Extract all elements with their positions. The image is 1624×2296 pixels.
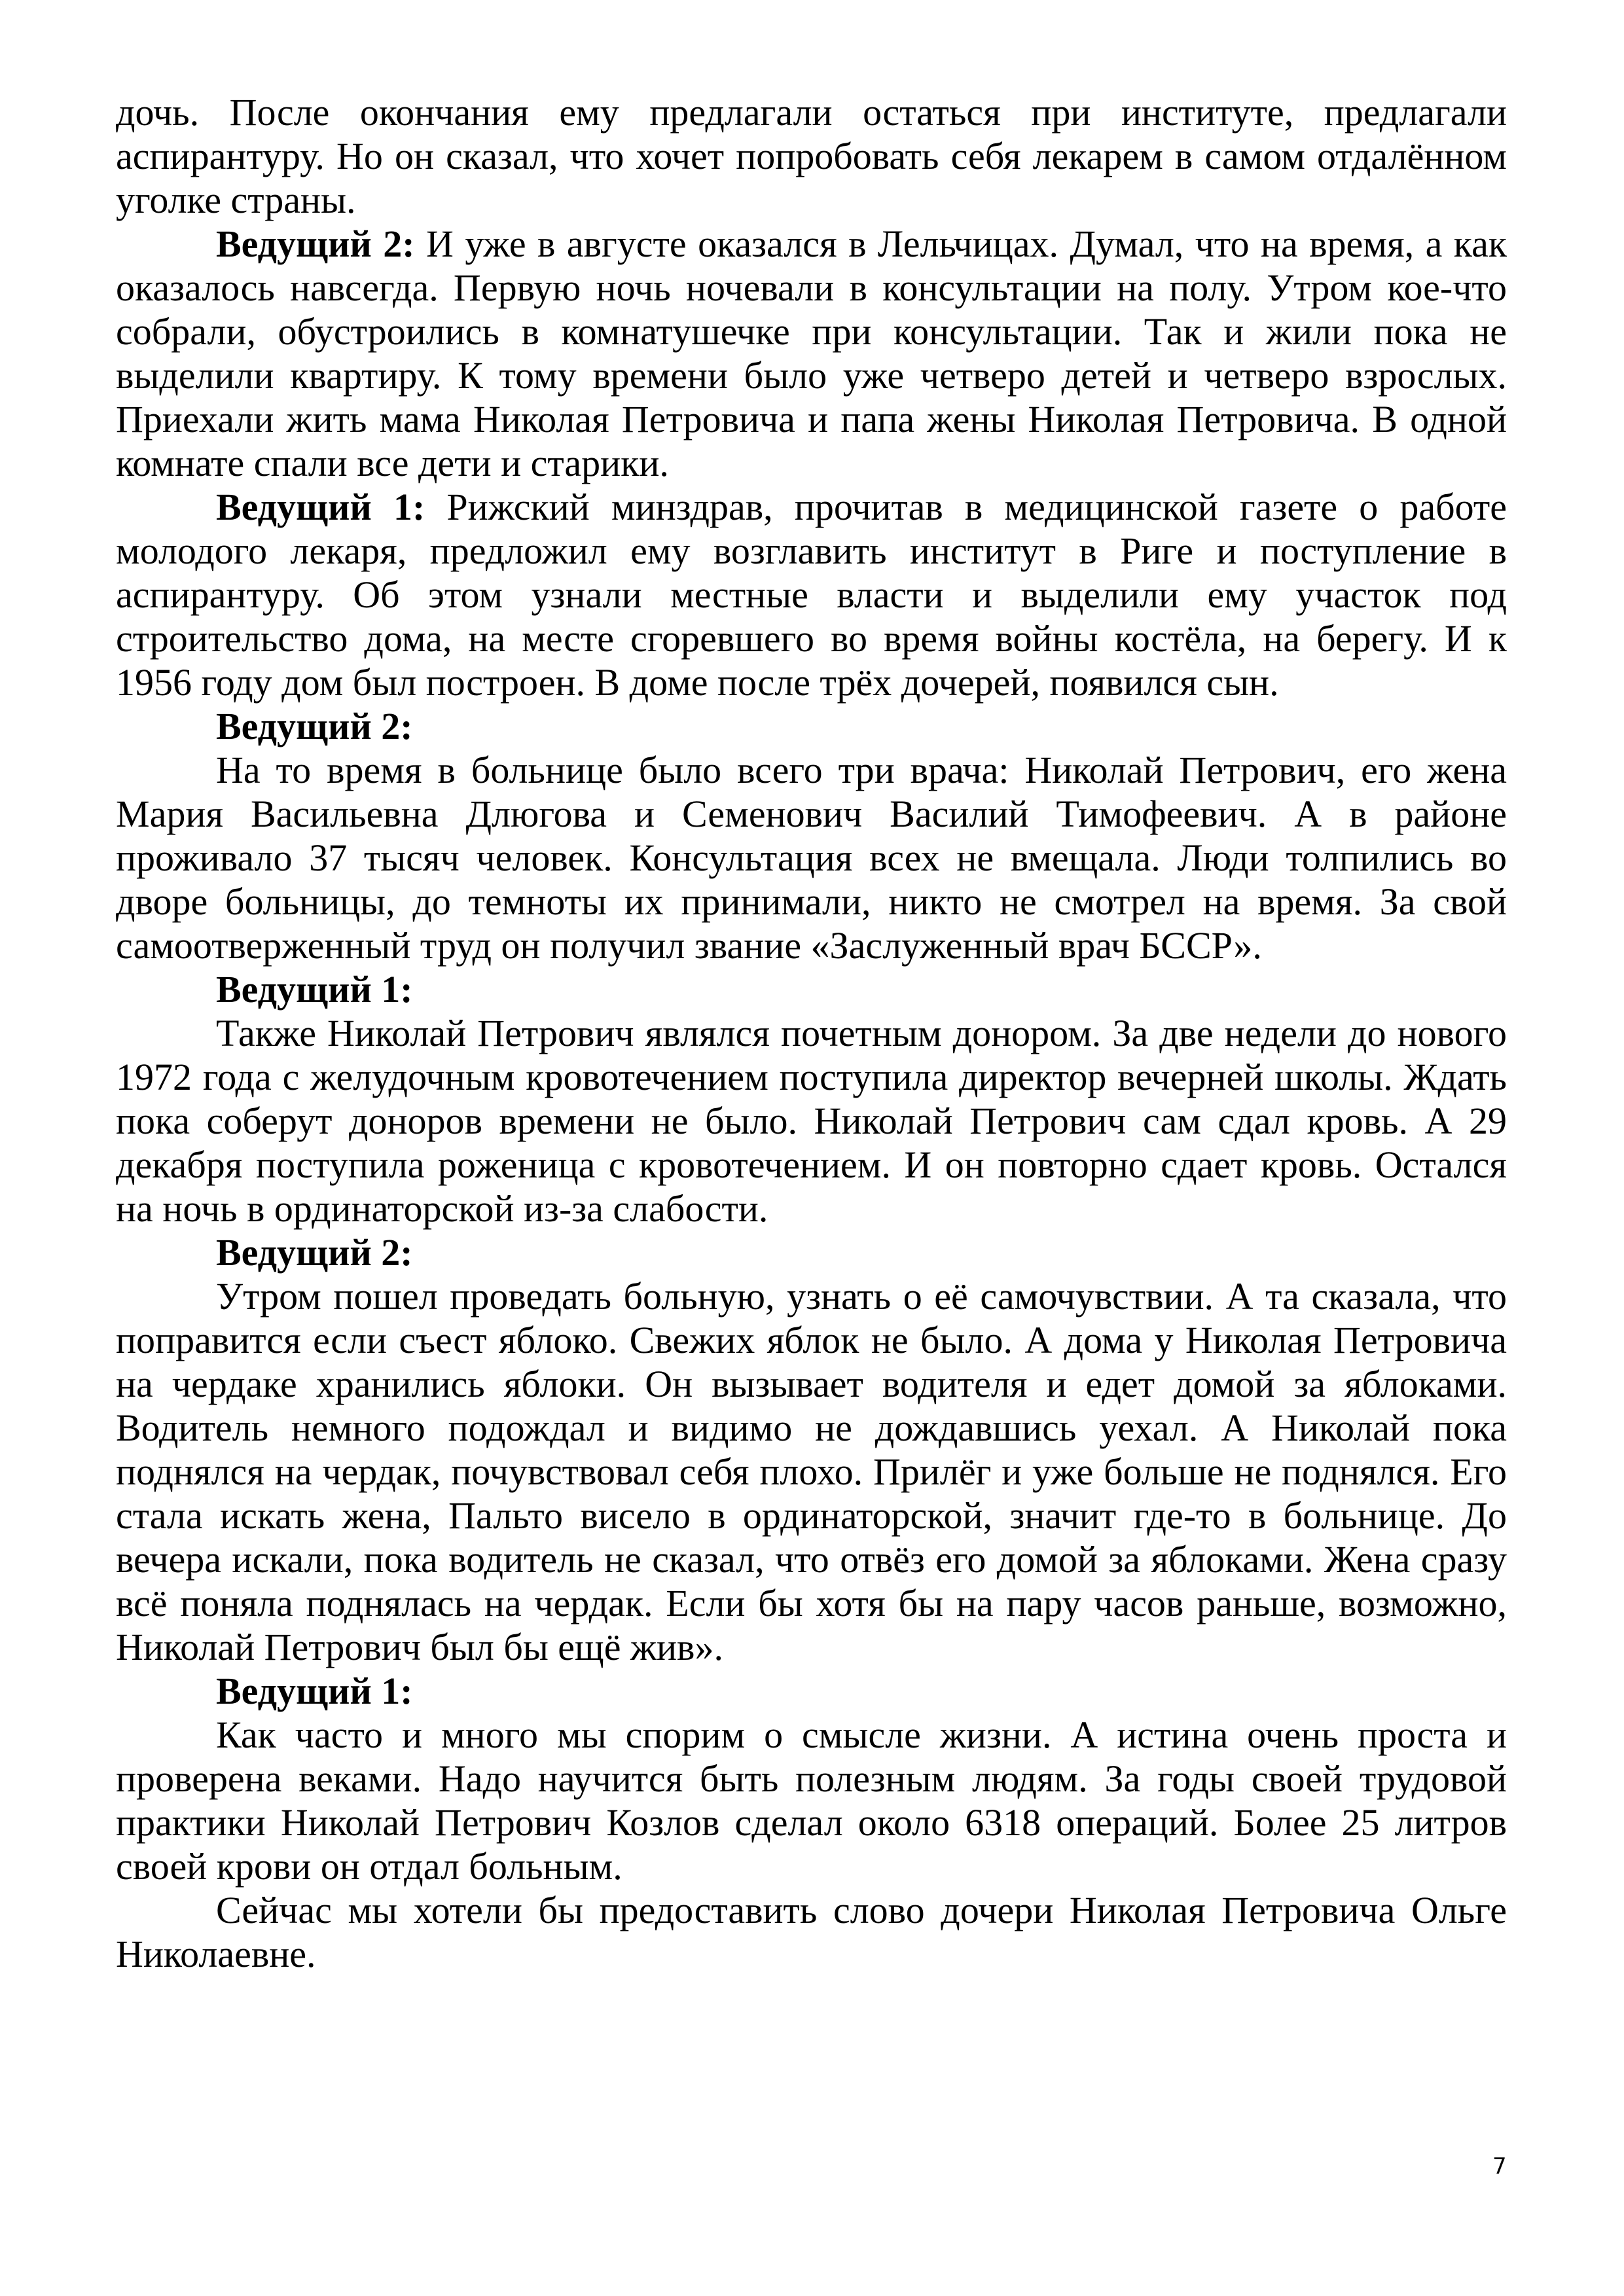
- paragraph-text: Как часто и много мы спорим о смысле жиз…: [116, 1713, 1507, 1888]
- speaker-heading: Ведущий 1:: [116, 967, 1507, 1011]
- paragraph: Сейчас мы хотели бы предоставить слово д…: [116, 1888, 1507, 1976]
- speaker-heading: Ведущий 2:: [116, 1230, 1507, 1274]
- speaker-label: Ведущий 1:: [216, 1670, 413, 1712]
- paragraph: Также Николай Петрович являлся почетным …: [116, 1011, 1507, 1230]
- paragraph-text: дочь. После окончания ему предлагали ост…: [116, 91, 1507, 221]
- paragraph-text: Сейчас мы хотели бы предоставить слово д…: [116, 1889, 1507, 1975]
- speaker-label: Ведущий 2:: [216, 705, 413, 747]
- speaker-heading: Ведущий 2:: [116, 704, 1507, 748]
- speaker-heading: Ведущий 1:: [116, 1669, 1507, 1713]
- paragraph: Ведущий 1: Рижский минздрав, прочитав в …: [116, 485, 1507, 704]
- paragraph: Утром пошел проведать больную, узнать о …: [116, 1274, 1507, 1669]
- speaker-label: Ведущий 2:: [216, 1231, 413, 1274]
- paragraph: Ведущий 2: И уже в августе оказался в Ле…: [116, 222, 1507, 485]
- speaker-label: Ведущий 1:: [216, 968, 413, 1011]
- paragraph-text: Также Николай Петрович являлся почетным …: [116, 1012, 1507, 1230]
- paragraph-text: Утром пошел проведать больную, узнать о …: [116, 1275, 1507, 1668]
- speaker-label: Ведущий 2:: [216, 223, 415, 265]
- page-number: 7: [1492, 2153, 1507, 2179]
- speaker-label: Ведущий 1:: [216, 486, 425, 528]
- paragraph: дочь. После окончания ему предлагали ост…: [116, 90, 1507, 222]
- paragraph: Как часто и много мы спорим о смысле жиз…: [116, 1713, 1507, 1888]
- paragraph: На то время в больнице было всего три вр…: [116, 748, 1507, 967]
- paragraph-text: На то время в больнице было всего три вр…: [116, 749, 1507, 967]
- document-body: дочь. После окончания ему предлагали ост…: [116, 90, 1507, 1976]
